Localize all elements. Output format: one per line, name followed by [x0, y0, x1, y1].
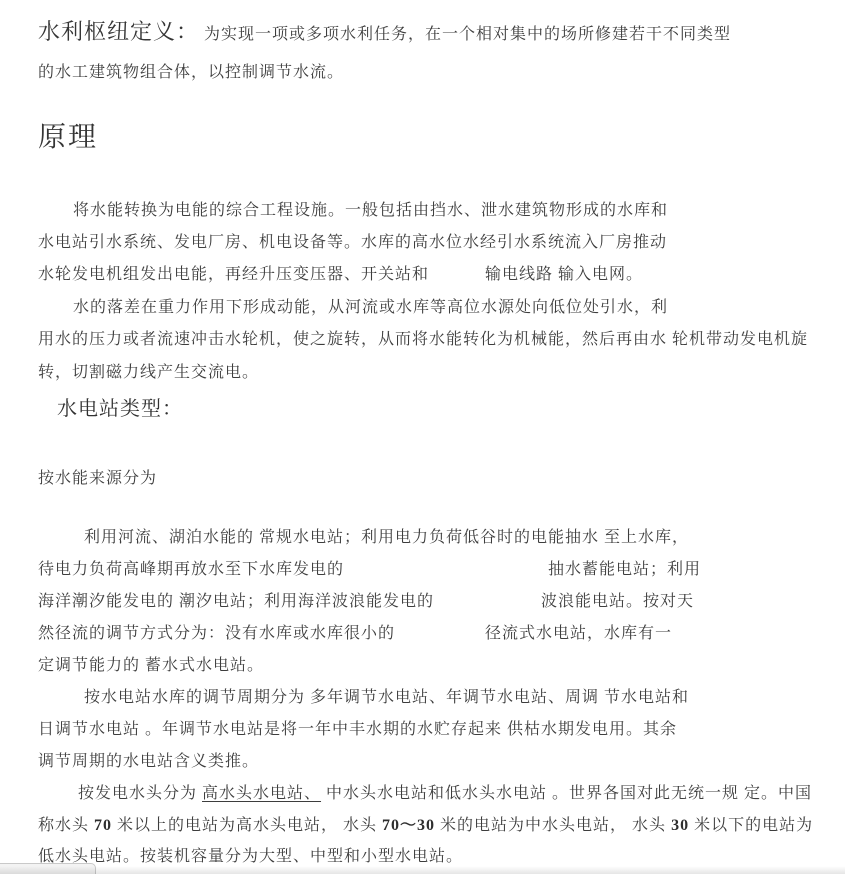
heading-principle: 原理: [38, 123, 98, 154]
source-para-line-5: 定调节能力的 蓄水式水电站。: [38, 657, 264, 675]
head-line2-s3: 米的电站为中水头电站， 水头: [435, 817, 671, 834]
document-page: { "document": { "definition": { "term": …: [0, 0, 845, 874]
head-line1-pre: 按发电水头分为: [78, 785, 202, 802]
cycle-para-line-1: 按水电站水库的调节周期分为 多年调节水电站、年调节水电站、周调 节水电站和: [84, 689, 689, 707]
head-line1-post: 中水头水电站和低水头水电站 。世界各国对此无统一规 定。中国: [321, 785, 812, 802]
source-para-line-3: 海洋潮汐能发电的 潮汐电站；利用海洋波浪能发电的 波浪能电站。按对天: [38, 593, 694, 611]
page-bottom-edge: [0, 866, 845, 874]
source-para-line-1: 利用河流、湖泊水能的 常规水电站；利用电力负荷低谷时的电能抽水 至上水库，: [84, 529, 689, 547]
heading-by-energy-source: 按水能来源分为: [38, 470, 157, 488]
head-para-line-3: 低水头电站。按装机容量分为大型、中型和小型水电站。: [38, 848, 463, 866]
head-value-30: 30: [671, 817, 689, 834]
head-line2-s1: 称水头: [38, 817, 94, 834]
principle-p2-line-2: 用水的压力或者流速冲击水轮机，使之旋转，从而将水能转化为机械能，然后再由水 轮机…: [38, 331, 808, 349]
cycle-para-line-3: 调节周期的水电站含义类推。: [38, 753, 259, 771]
heading-station-types: 水电站类型：: [57, 398, 183, 420]
source-para-line-2: 待电力负荷高峰期再放水至下水库发电的 抽水蓄能电站；利用: [38, 561, 701, 579]
head-line2-s4: 米以下的电站为: [689, 817, 813, 834]
head-para-line-1: 按发电水头分为 高水头水电站、 中水头水电站和低水头水电站 。世界各国对此无统一…: [78, 785, 812, 803]
status-bubble: [0, 863, 96, 874]
source-para-line-4: 然径流的调节方式分为：没有水库或水库很小的 径流式水电站，水库有一: [38, 625, 672, 643]
cycle-para-line-2: 日调节水电站 。年调节水电站是将一年中丰水期的水贮存起来 供枯水期发电用。其余: [38, 721, 677, 739]
principle-p1-line-1: 将水能转换为电能的综合工程设施。一般包括由挡水、泄水建筑物形成的水库和: [73, 202, 668, 220]
principle-p2-line-3: 转，切割磁力线产生交流电。: [38, 364, 259, 382]
high-head-station-link[interactable]: 高水头水电站、: [202, 785, 321, 802]
head-value-70: 70: [94, 817, 112, 834]
principle-p1-line-3: 水轮发电机组发出电能，再经升压变压器、开关站和 输电线路 输入电网。: [38, 266, 643, 284]
definition-text: 为实现一项或多项水利任务，在一个相对集中的场所修建若干不同类型: [199, 26, 731, 43]
definition-term: 水利枢纽定义：: [38, 19, 199, 44]
definition-line-2: 的水工建筑物组合体，以控制调节水流。: [38, 64, 344, 82]
principle-p1-line-2: 水电站引水系统、发电厂房、机电设备等。水库的高水位水经引水系统流入厂房推动: [38, 234, 667, 252]
definition-line-1: 水利枢纽定义： 为实现一项或多项水利任务，在一个相对集中的场所修建若干不同类型: [38, 20, 731, 44]
principle-p2-line-1: 水的落差在重力作用下形成动能，从河流或水库等高位水源处向低位处引水，利: [73, 299, 668, 317]
head-para-line-2: 称水头 70 米以上的电站为高水头电站， 水头 70〜30 米的电站为中水头电站…: [38, 817, 813, 835]
head-value-70-30: 70〜30: [382, 817, 435, 834]
head-line2-s2: 米以上的电站为高水头电站， 水头: [112, 817, 382, 834]
